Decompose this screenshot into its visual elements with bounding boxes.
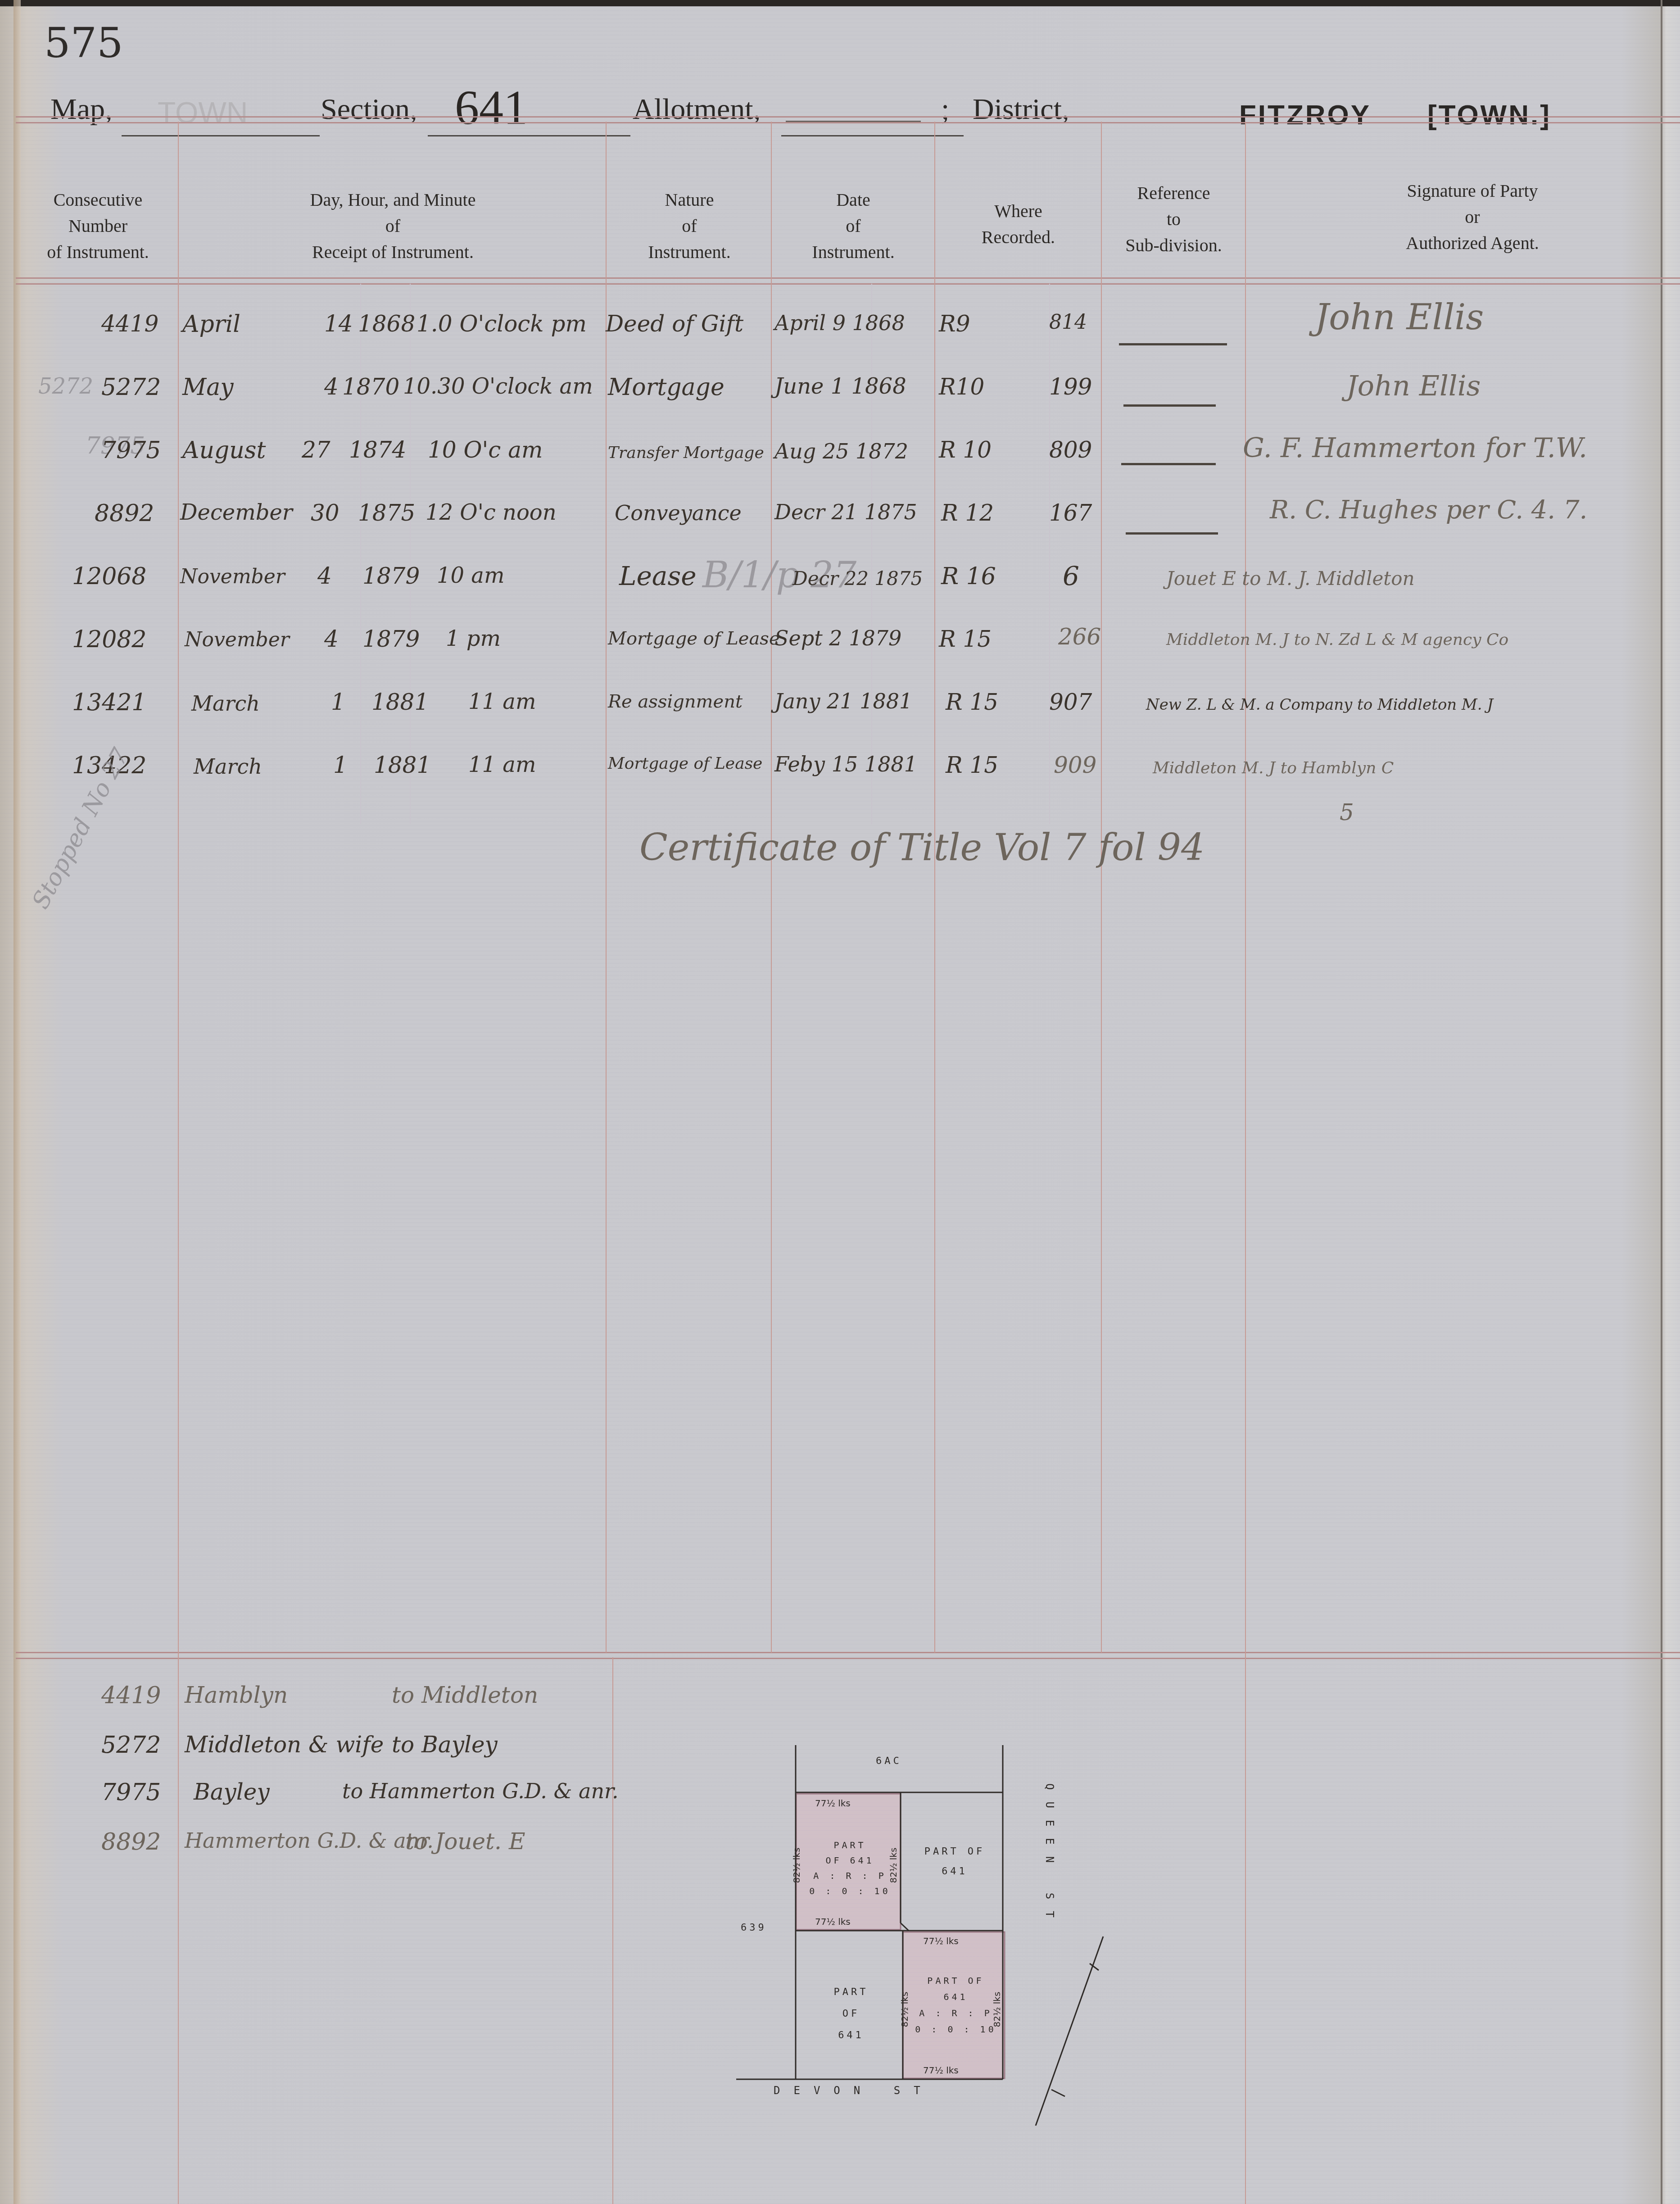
scan-border-top	[0, 0, 1680, 6]
transfer-number: 5272	[101, 1732, 161, 1759]
entry-day: 14	[324, 311, 353, 337]
entry-year: 1879	[362, 626, 420, 652]
parcel-nw-right-dim: 82½ lks	[888, 1848, 899, 1883]
entry-signature: Middleton M. J to Hamblyn C	[1153, 759, 1394, 777]
entry-time: 11 am	[468, 752, 536, 777]
parcel-sw-label: PART OF 641	[802, 1982, 901, 2046]
entry-month: May	[182, 374, 234, 401]
parcel-nw-left-dim: 82½ lks	[791, 1848, 802, 1883]
subcol-year	[410, 284, 411, 824]
entry-reference-dash	[1119, 343, 1227, 345]
entry-time: 10 O'c am	[428, 437, 543, 463]
entry-nature: Deed of Gift	[606, 311, 743, 337]
entry-time: 1 pm	[446, 626, 501, 651]
entry-nature: Lease	[619, 561, 697, 591]
subcol-day	[360, 284, 361, 824]
entry-date: Aug 25 1872	[774, 439, 908, 463]
entry-date: June 1 1868	[774, 374, 906, 399]
parcel-se-bottom-dim: 77½ lks	[923, 2065, 959, 2076]
transfer-to: to Hammerton G.D. & anr.	[342, 1779, 619, 1803]
entry-day: 30	[311, 500, 340, 526]
entry-reference-dash	[1121, 463, 1216, 465]
entry-number: 12068	[72, 563, 146, 590]
entry-number: 5272	[101, 374, 161, 401]
entry-book: R 12	[941, 500, 994, 526]
ledger-page: 575 Map, TOWN Section, 641 Allotment, ; …	[0, 0, 1680, 2204]
transfer-to: to Middleton	[392, 1682, 538, 1708]
map-value-ghost: TOWN	[158, 95, 248, 130]
allotment-underline	[781, 135, 964, 136]
col-divider-lower	[612, 1657, 613, 2204]
entry-time: 12 O'c noon	[426, 500, 557, 525]
entry-signature: Middleton M. J to N. Zd L & M agency Co	[1166, 630, 1508, 649]
transfer-number: 4419	[101, 1682, 161, 1709]
entry-time: 11 am	[468, 689, 536, 714]
column-header-signature: Signature of Party or Authorized Agent.	[1247, 178, 1680, 256]
column-header-reference-label: Reference to Sub-division.	[1102, 180, 1245, 258]
column-header-number: Consecutive Number of Instrument.	[18, 187, 178, 265]
column-header-received-label: Day, Hour, and Minute of Receipt of Inst…	[180, 187, 606, 265]
entry-book: R10	[939, 374, 984, 400]
transfer-number: 7975	[101, 1779, 161, 1806]
entry-month: December	[180, 500, 293, 525]
entry-day: 1	[333, 752, 348, 778]
entry-date: Feby 15 1881	[774, 752, 917, 776]
column-header-signature-label: Signature of Party or Authorized Agent.	[1247, 178, 1680, 256]
entry-date: Decr 21 1875	[774, 500, 917, 524]
district-value: FITZROY	[1239, 99, 1371, 131]
parcel-se-label: PART OF 641 A : R : P 0 : 0 : 10	[910, 1973, 1002, 2037]
transfer-from: Bayley	[194, 1779, 270, 1805]
entry-nature: Conveyance	[615, 501, 742, 525]
header-bottom-rule	[16, 277, 1680, 285]
entry-book: R 10	[939, 437, 992, 463]
entry-time: 10.30 O'clock am	[403, 374, 593, 399]
entry-number: 13421	[72, 689, 146, 716]
entry-folio: 266	[1058, 624, 1101, 650]
column-header-nature-label: Nature of Instrument.	[608, 187, 771, 265]
entry-book: R 15	[946, 752, 998, 778]
entry-folio: 909	[1054, 752, 1096, 778]
page-fold-edge	[1661, 0, 1662, 2204]
entry-signature: New Z. L & M. a Company to Middleton M. …	[1146, 696, 1493, 714]
plan-top-neighbor: 6AC	[876, 1755, 902, 1767]
entry-folio: 814	[1049, 311, 1087, 334]
map-underline	[122, 135, 320, 136]
entry-signature: R. C. Hughes per C. 4. 7.	[1270, 495, 1587, 525]
header-top-rule	[16, 116, 1680, 123]
entry-number: 4419	[101, 311, 158, 337]
entry-book: R 15	[946, 689, 998, 715]
transfer-to: to Bayley	[392, 1732, 498, 1758]
entry-nature: Mortgage of Lease	[608, 628, 780, 649]
entry-date: Sept 2 1879	[774, 626, 901, 650]
entry-month: April	[182, 311, 240, 338]
column-header-recorded-label: Where Recorded.	[936, 198, 1101, 250]
section-value: 641	[455, 80, 528, 136]
page-number: 575	[44, 19, 123, 67]
street-label-queen: QUEEN ST	[1043, 1783, 1056, 1929]
parcel-nw-bottom-dim: 77½ lks	[815, 1916, 851, 1927]
transfer-from: Hamblyn	[185, 1682, 288, 1708]
entry-number: 12082	[72, 626, 146, 653]
entry-folio: 199	[1049, 374, 1092, 400]
district-type: [TOWN.]	[1427, 99, 1551, 131]
entry-year: 1881	[374, 752, 431, 778]
entry-month: August	[182, 437, 266, 464]
col-divider-2	[606, 122, 607, 1653]
entry-signature: G. F. Hammerton for T.W.	[1243, 432, 1587, 464]
certificate-of-title-note: Certificate of Title Vol 7 fol 94	[639, 826, 1205, 869]
column-header-received: Day, Hour, and Minute of Receipt of Inst…	[180, 187, 606, 265]
entry-number: 8892	[95, 500, 154, 527]
entry-folio: 167	[1049, 500, 1092, 526]
transfer-from: Middleton & wife	[185, 1732, 384, 1758]
parcel-ne-label: PART OF 641	[907, 1842, 1002, 1882]
entry-month: March	[191, 691, 260, 716]
column-header-number-label: Consecutive Number of Instrument.	[18, 187, 178, 265]
entry-number: 7975	[101, 437, 161, 464]
parcel-nw-top-dim: 77½ lks	[815, 1798, 851, 1809]
entry-nature: Re assignment	[608, 691, 743, 712]
col-divider-3	[771, 122, 772, 1653]
entry-month: November	[185, 628, 290, 651]
entry-day: 4	[317, 563, 332, 589]
subcol-date	[871, 284, 872, 824]
entry-month: March	[194, 754, 262, 779]
entry-folio: 907	[1049, 689, 1092, 715]
subcol-folio	[1049, 284, 1050, 824]
entry-day: 4	[324, 626, 339, 652]
entry-date: April 9 1868	[774, 311, 905, 335]
parcel-se-top-dim: 77½ lks	[923, 1936, 959, 1946]
transfer-number: 8892	[101, 1828, 161, 1855]
col-divider-5	[1101, 122, 1102, 1653]
plan-left-neighbor: 639	[741, 1922, 767, 1933]
entry-book: R 15	[939, 626, 992, 652]
margin-note: 5272	[38, 374, 93, 399]
entry-folio: 809	[1049, 437, 1092, 463]
entry-book: R 16	[941, 563, 996, 590]
street-label-devon: DEVON ST	[774, 2084, 934, 2097]
entry-time: 10 am	[437, 563, 504, 588]
column-header-recorded: Where Recorded.	[936, 198, 1101, 250]
entry-day: 4	[324, 374, 339, 400]
parcel-se-left-dim: 82½ lks	[899, 1992, 910, 2027]
column-header-reference: Reference to Sub-division.	[1102, 180, 1245, 258]
entry-time: 1.0 O'clock pm	[417, 311, 587, 337]
certificate-superscript: 5	[1340, 799, 1354, 825]
entry-date: Decr 22 1875	[792, 567, 923, 590]
entry-year: 1868	[358, 311, 415, 337]
col-divider-4	[934, 122, 935, 1653]
entry-book: R9	[939, 311, 970, 337]
entry-reference-dash	[1126, 532, 1218, 535]
column-header-date-label: Date of Instrument.	[772, 187, 934, 265]
column-header-date: Date of Instrument.	[772, 187, 934, 265]
site-plan: 6AC 639 77½ lks PART OF 641 A : R : P 0 …	[720, 1720, 1126, 2204]
entry-signature: John Ellis	[1346, 369, 1481, 402]
entry-day: 1	[331, 689, 345, 715]
entry-nature: Transfer Mortgage	[608, 444, 764, 462]
entry-month: November	[180, 565, 285, 588]
parcel-nw-label: PART OF 641 A : R : P 0 : 0 : 10	[808, 1837, 892, 1899]
entry-date: Jany 21 1881	[774, 689, 912, 713]
section-divider-rule	[16, 1652, 1680, 1659]
entry-year: 1874	[349, 437, 406, 463]
entry-year: 1881	[371, 689, 429, 715]
entry-signature: John Ellis	[1315, 297, 1484, 338]
entry-signature: Jouet E to M. J. Middleton	[1166, 567, 1414, 590]
column-header-nature: Nature of Instrument.	[608, 187, 771, 265]
binding-edge	[14, 0, 21, 2204]
section-underline	[428, 135, 630, 136]
transfer-to: to Jouet. E	[405, 1828, 525, 1855]
parcel-se-right-dim: 82½ lks	[992, 1992, 1002, 2027]
entry-nature: Mortgage of Lease	[608, 754, 762, 773]
entry-reference-dash	[1123, 404, 1216, 407]
entry-year: 1879	[362, 563, 420, 589]
transfer-from: Hammerton G.D. & anr.	[185, 1828, 434, 1853]
col-divider-1	[178, 122, 179, 2204]
entry-folio: 6	[1063, 561, 1079, 591]
entry-day: 27	[302, 437, 331, 463]
entry-year: 1870	[342, 374, 399, 400]
entry-year: 1875	[358, 500, 415, 526]
entry-nature: Mortgage	[608, 374, 725, 401]
